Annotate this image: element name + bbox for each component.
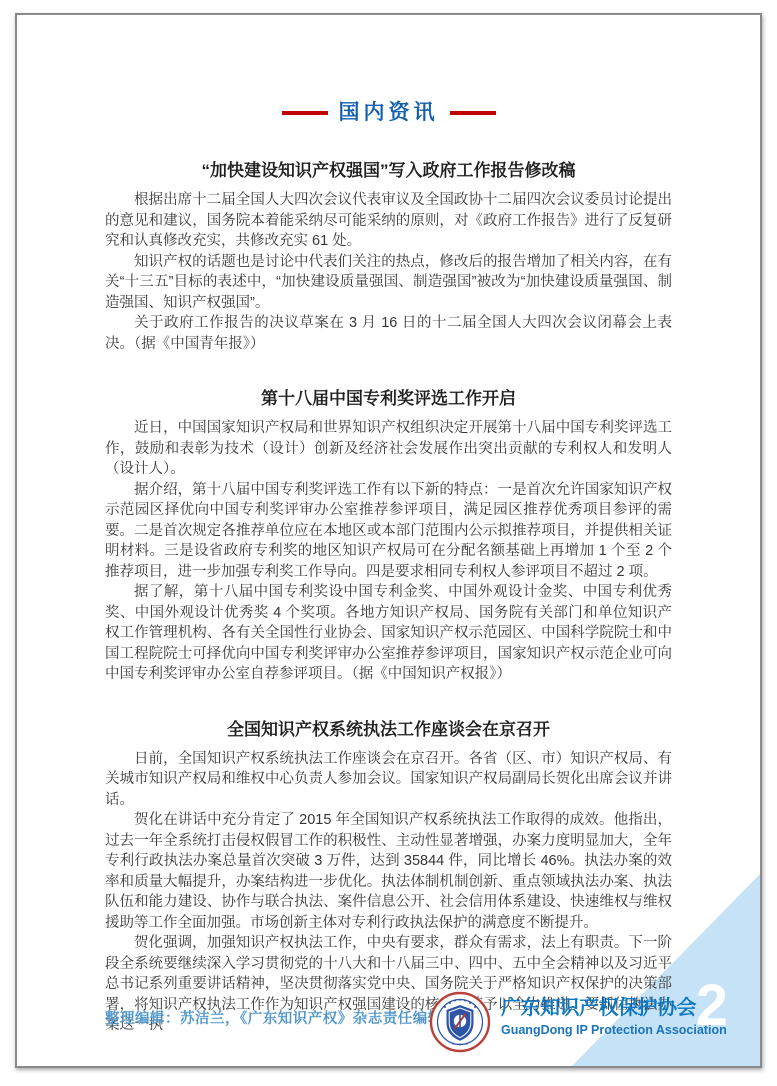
article-paragraph: 近日，中国国家知识产权局和世界知识产权组织决定开展第十八届中国专利奖评选工作，鼓… [105, 418, 672, 480]
page-content: 国内资讯 “加快建设知识产权强国”写入政府工作报告修改稿 根据出席十二届全国人大… [105, 15, 672, 1036]
editor-note: 整理编辑：苏洁兰，《广东知识产权》杂志责任编辑。 [105, 1007, 458, 1028]
organization-name-block: 广东知识产权保护协会 GuangDong IP Protection Assoc… [501, 996, 721, 1038]
page-number: 2 [696, 977, 728, 1035]
article-patent-award: 第十八届中国专利奖评选工作开启 近日，中国国家知识产权局和世界知识产权组织决定开… [105, 388, 672, 685]
article-paragraph: 关于政府工作报告的决议草案在 3 月 16 日的十二届全国人大四次会议闭幕会上表… [105, 313, 672, 354]
article-paragraph: 知识产权的话题也是讨论中代表们关注的热点，修改后的报告增加了相关内容，在有关“十… [105, 252, 672, 314]
document-page: 国内资讯 “加快建设知识产权强国”写入政府工作报告修改稿 根据出席十二届全国人大… [15, 13, 762, 1068]
article-government-report: “加快建设知识产权强国”写入政府工作报告修改稿 根据出席十二届全国人大四次会议代… [105, 160, 672, 354]
article-title: “加快建设知识产权强国”写入政府工作报告修改稿 [105, 160, 672, 182]
article-title: 第十八届中国专利奖评选工作开启 [105, 388, 672, 410]
association-logo-icon [429, 991, 491, 1053]
org-name-zh: 广东知识产权保护协会 [501, 996, 721, 1020]
org-name-en: GuangDong IP Protection Association [501, 1022, 721, 1038]
article-paragraph: 据了解，第十八届中国专利奖设中国专利金奖、中国外观设计金奖、中国专利优秀奖、中国… [105, 582, 672, 685]
header-dash-left-icon [282, 111, 328, 115]
article-paragraph: 据介绍，第十八届中国专利奖评选工作有以下新的特点：一是首次允许国家知识产权示范园… [105, 480, 672, 583]
section-header: 国内资讯 [105, 100, 672, 126]
article-paragraph: 贺化在讲话中充分肯定了 2015 年全国知识产权系统执法工作取得的成效。他指出，… [105, 810, 672, 933]
header-title: 国内资讯 [339, 100, 439, 126]
article-title: 全国知识产权系统执法工作座谈会在京召开 [105, 719, 672, 741]
header-dash-right-icon [450, 111, 496, 115]
article-paragraph: 日前，全国知识产权系统执法工作座谈会在京召开。各省（区、市）知识产权局、有关城市… [105, 749, 672, 811]
article-paragraph: 根据出席十二届全国人大四次会议代表审议及全国政协十二届四次会议委员讨论提出的意见… [105, 190, 672, 252]
article-enforcement-symposium: 全国知识产权系统执法工作座谈会在京召开 日前，全国知识产权系统执法工作座谈会在京… [105, 719, 672, 1036]
